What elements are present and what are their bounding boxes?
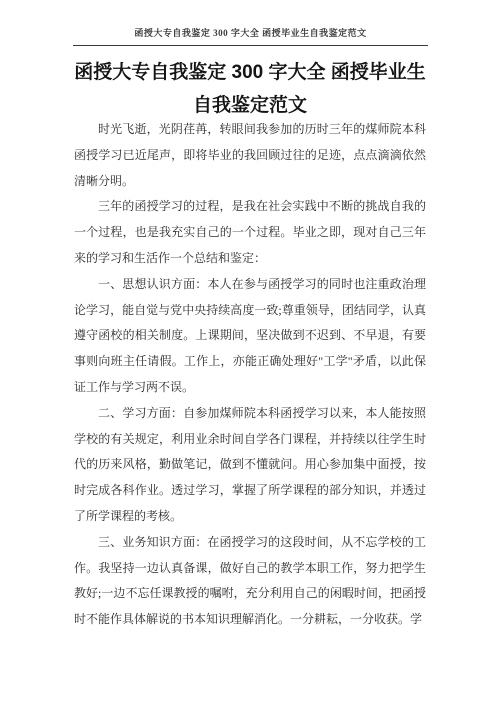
paragraph: 一、思想认识方面：本人在参与函授学习的同时也注重政治理论学习，能自觉与党中央持续… [74, 272, 426, 401]
paragraph: 三年的函授学习的过程，是我在社会实践中不断的挑战自我的一个过程，也是我充实自己的… [74, 194, 426, 271]
running-header-text: 函授大专自我鉴定 300 字大全 函授毕业生自我鉴定范文 [74, 26, 427, 39]
paragraph: 三、业务知识方面：在函授学习的这段时间，从不忘学校的工作。我坚持一边认真备课，做… [74, 530, 426, 633]
header-rule [73, 45, 428, 46]
title-line-1: 函授大专自我鉴定 300 字大全 函授毕业生 [35, 56, 465, 89]
document-page: 函授大专自我鉴定 300 字大全 函授毕业生自我鉴定范文 函授大专自我鉴定 30… [0, 0, 500, 708]
document-title: 函授大专自我鉴定 300 字大全 函授毕业生 自我鉴定范文 [35, 56, 465, 122]
document-body: 时光飞逝，光阴荏苒，转眼间我参加的历时三年的煤师院本科函授学习已近尾声，即将毕业… [74, 117, 426, 633]
paragraph: 二、学习方面：自参加煤师院本科函授学习以来，本人能按照学校的有关规定，利用业余时… [74, 401, 426, 530]
paragraph: 时光飞逝，光阴荏苒，转眼间我参加的历时三年的煤师院本科函授学习已近尾声，即将毕业… [74, 117, 426, 194]
